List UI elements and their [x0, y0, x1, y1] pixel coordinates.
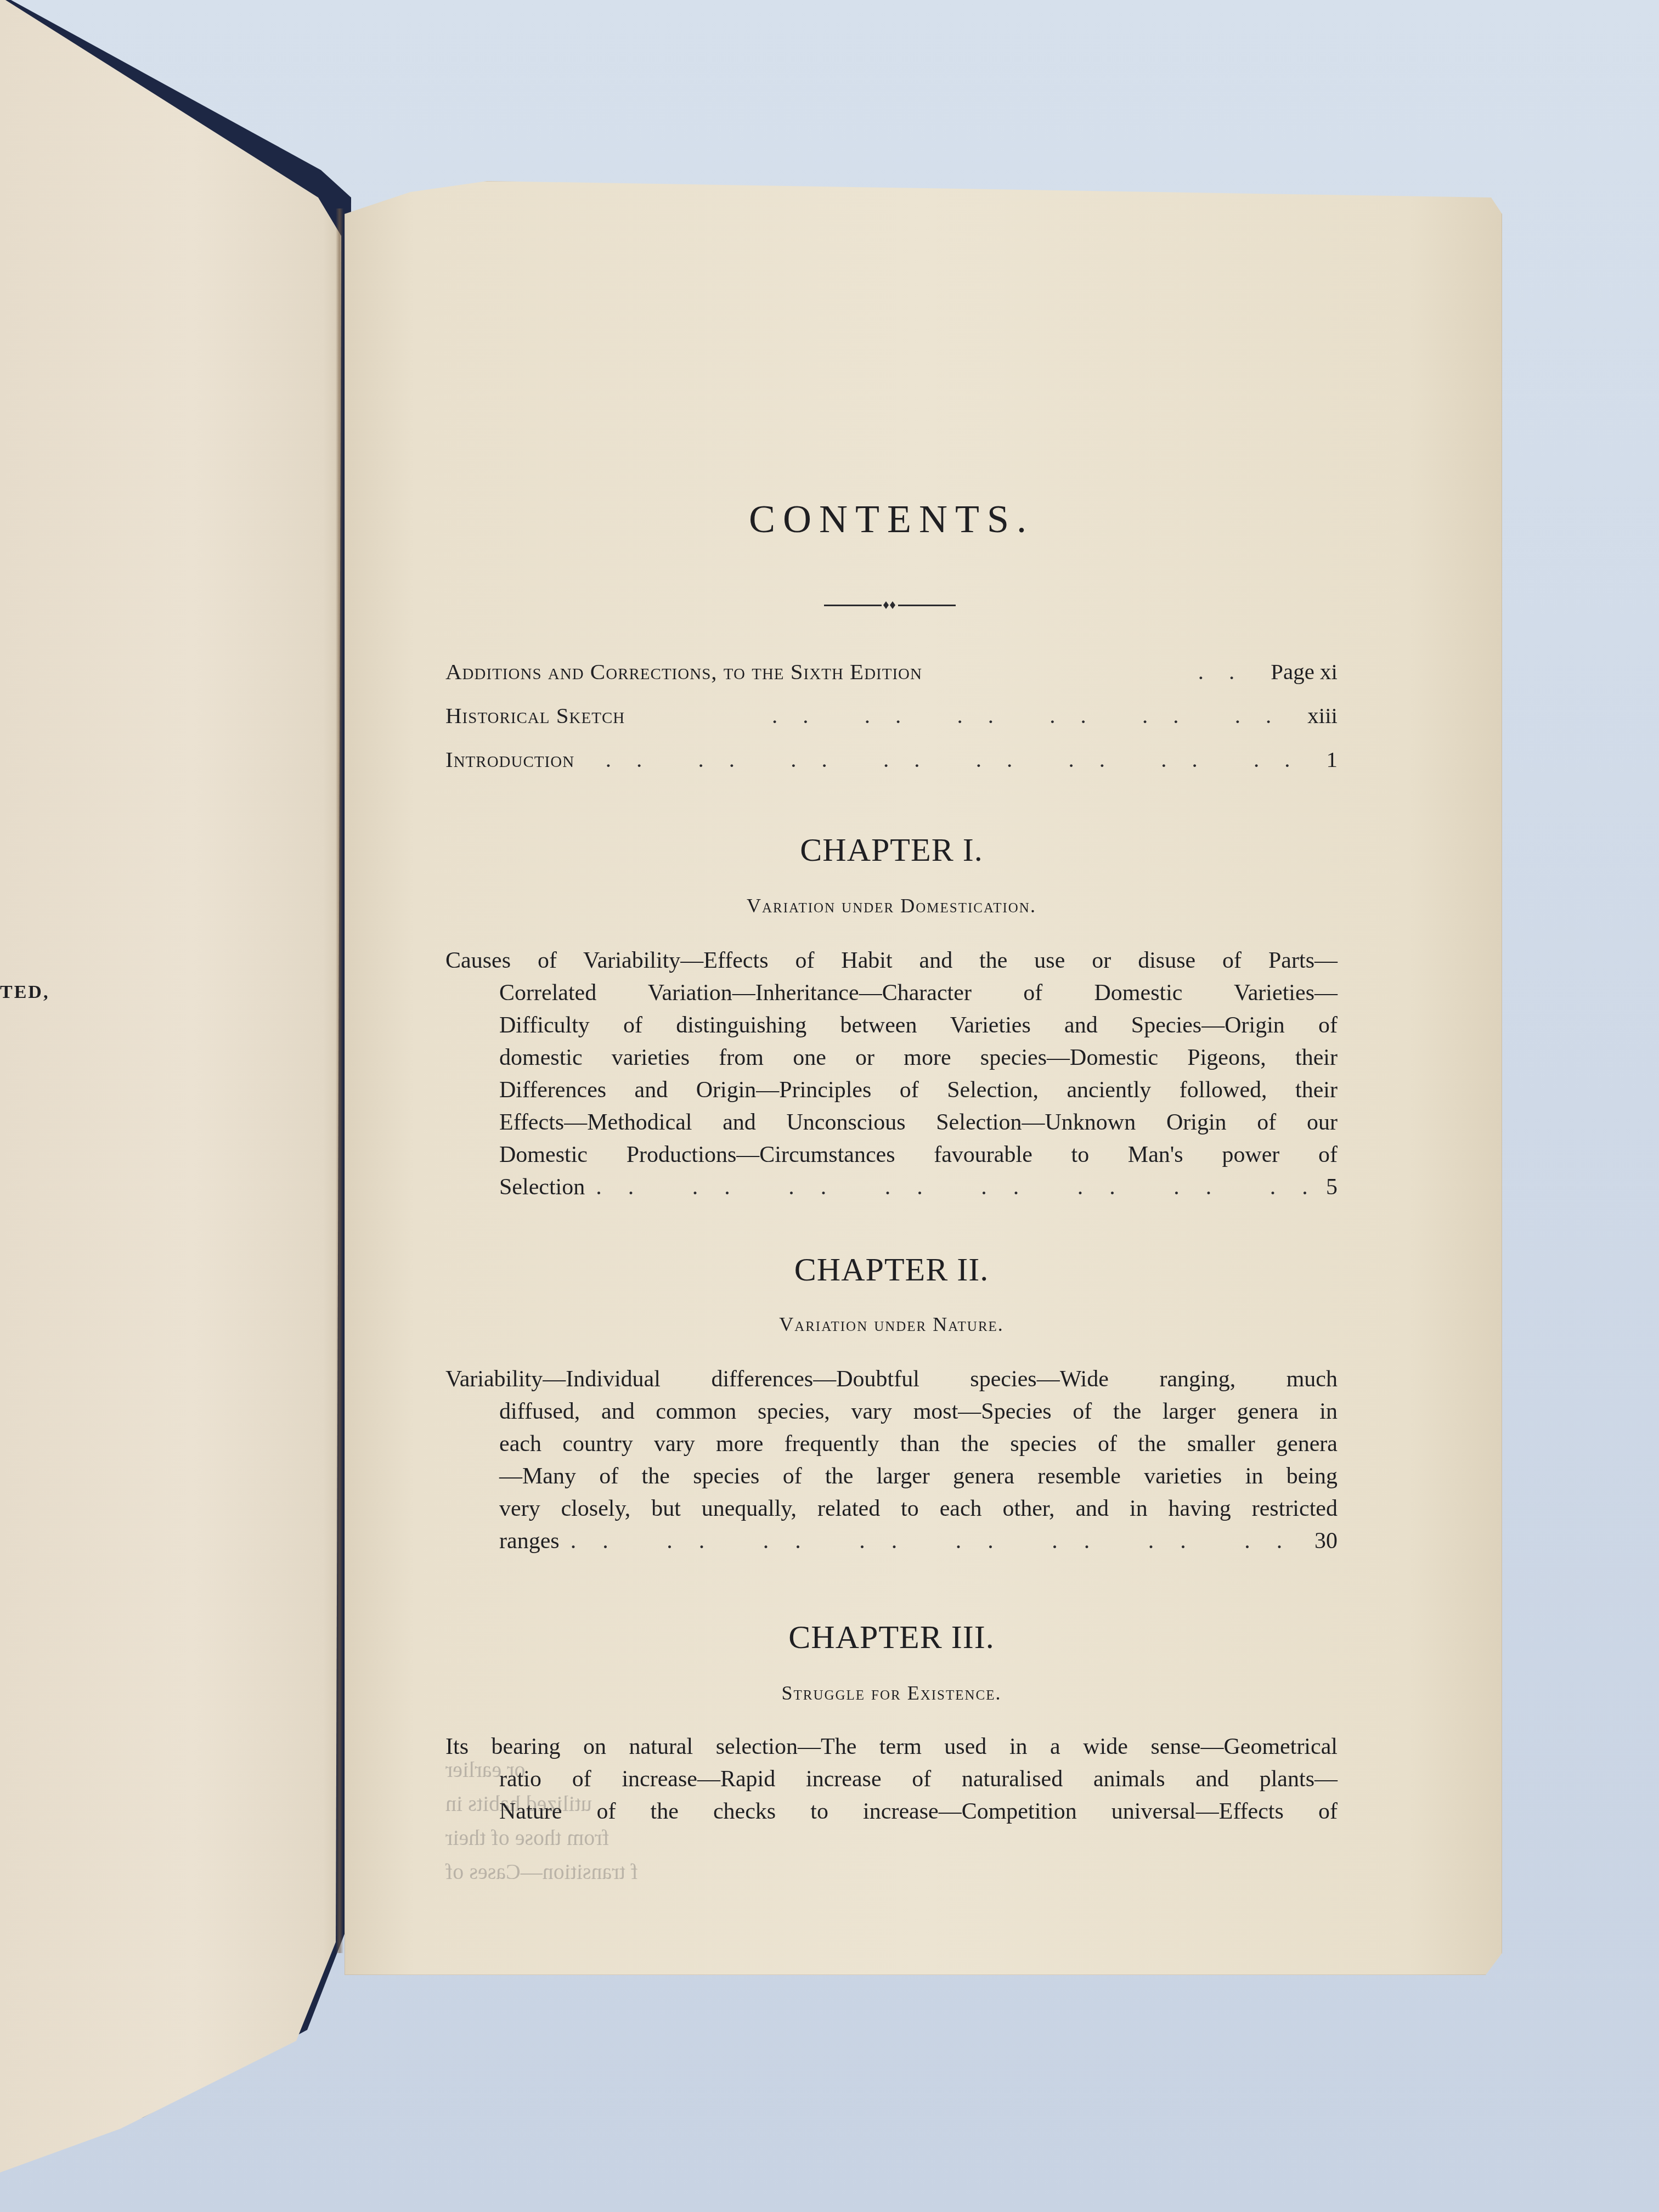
- summary-line: each country vary more frequently than t…: [445, 1428, 1338, 1460]
- summary-last-line: Selection .. .. .. .. .. .. .. .. 5: [445, 1171, 1338, 1204]
- book-gutter: [336, 208, 343, 1953]
- summary-line: Domestic Productions—Circumstances favou…: [445, 1139, 1338, 1171]
- toc-leader-dots: ..: [933, 658, 1260, 685]
- toc-leader-dots: .. .. .. .. .. ..: [636, 702, 1296, 729]
- summary-line-end: Selection: [499, 1171, 585, 1204]
- summary-last-line: ranges .. .. .. .. .. .. .. .. .. 30: [445, 1525, 1338, 1558]
- chapter-2-summary: Variability—Individual differences—Doubt…: [445, 1363, 1338, 1558]
- show-through-line: f transition—Cases of: [445, 1855, 797, 1889]
- toc-entry-additions: Additions and Corrections, to the Sixth …: [445, 658, 1338, 691]
- toc-entry-label: Additions and Corrections, to the Sixth …: [445, 658, 922, 685]
- summary-line: very closely, but unequally, related to …: [445, 1493, 1338, 1525]
- toc-page-number: 1: [1327, 746, 1338, 772]
- book-photo: TED, CONTENTS. Additions and Corrections…: [0, 0, 1659, 2212]
- summary-line: —Many of the species of the larger gener…: [445, 1460, 1338, 1493]
- left-page-text-fragment: TED,: [0, 982, 49, 1003]
- toc-leader-dots: .. .. .. .. .. .. .. ..: [596, 1171, 1315, 1204]
- left-page: TED,: [0, 0, 351, 2212]
- show-through-line: from those of their: [445, 1821, 797, 1855]
- chapter-2-heading: CHAPTER II.: [445, 1251, 1338, 1289]
- summary-line: Differences and Origin—Principles of Sel…: [445, 1074, 1338, 1107]
- summary-line: domestic varieties from one or more spec…: [445, 1042, 1338, 1074]
- chapter-3-heading: CHAPTER III.: [445, 1618, 1338, 1656]
- toc-entry-historical-sketch: Historical Sketch .. .. .. .. .. .. xiii: [445, 702, 1338, 735]
- summary-line: Difficulty of distinguishing between Var…: [445, 1009, 1338, 1042]
- summary-line: Correlated Variation—Inheritance—Charact…: [445, 977, 1338, 1009]
- summary-line: Causes of Variability—Effects of Habit a…: [445, 945, 1338, 977]
- summary-line-end: ranges: [499, 1525, 560, 1558]
- toc-leader-dots: .. .. .. .. .. .. .. .. ..: [571, 1525, 1304, 1558]
- page-title: CONTENTS.: [445, 496, 1338, 542]
- summary-line: diffused, and common species, vary most—…: [445, 1396, 1338, 1428]
- ornament-divider-icon: [824, 602, 956, 608]
- summary-line: Variability—Individual differences—Doubt…: [445, 1363, 1338, 1396]
- chapter-1-heading: CHAPTER I.: [445, 831, 1338, 869]
- toc-entry-label: Introduction: [445, 746, 574, 772]
- chapter-2-subtitle: Variation under Nature.: [445, 1313, 1338, 1336]
- show-through-text: or earlier utilized habits in from those…: [445, 1753, 797, 1889]
- show-through-line: utilized habits in: [445, 1787, 797, 1821]
- toc-entry-label: Historical Sketch: [445, 702, 625, 729]
- summary-line: Effects—Methodical and Unconscious Selec…: [445, 1107, 1338, 1139]
- toc-page-number: 5: [1326, 1171, 1338, 1204]
- chapter-1-summary: Causes of Variability—Effects of Habit a…: [445, 945, 1338, 1204]
- toc-page-number: xiii: [1307, 702, 1338, 729]
- toc-leader-dots: .. .. .. .. .. .. .. ..: [585, 746, 1315, 772]
- toc-page-number: 30: [1314, 1525, 1338, 1558]
- show-through-line: or earlier: [445, 1753, 797, 1787]
- chapter-3-subtitle: Struggle for Existence.: [445, 1681, 1338, 1705]
- toc-page-number: Page xi: [1271, 658, 1338, 685]
- chapter-1-subtitle: Variation under Domestication.: [445, 894, 1338, 917]
- toc-entry-introduction: Introduction .. .. .. .. .. .. .. .. 1: [445, 746, 1338, 779]
